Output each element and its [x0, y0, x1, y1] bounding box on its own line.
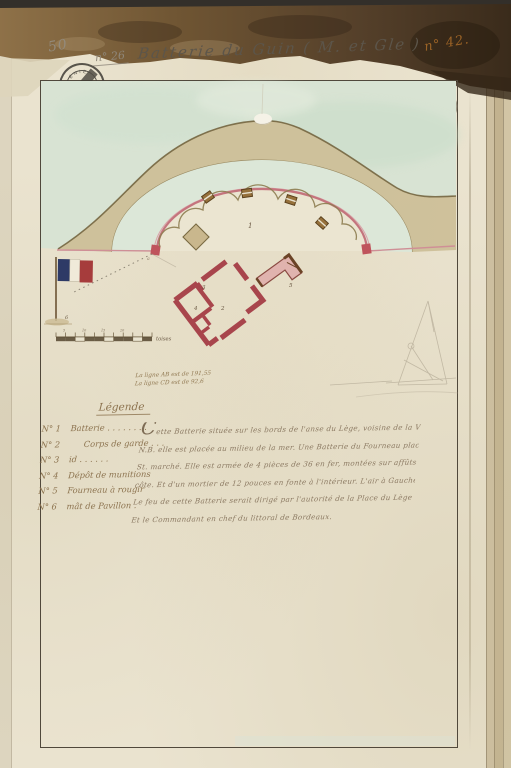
legend-item-number: N° 1	[41, 421, 71, 437]
legend-title: Légende	[96, 401, 151, 416]
legend-item-label: Fourneau à rougir	[67, 482, 144, 499]
oval-stamp-center-text: AVRIL 19	[405, 108, 430, 117]
legend-item-number: N° 2	[40, 437, 70, 453]
oval-stamp-ornament	[408, 99, 424, 105]
description-paragraph: Cette Batterie située sur les bords de l…	[130, 417, 421, 529]
legend-item-label: mât de Pavillon .	[66, 498, 137, 515]
scanned-plan-page: 50 n° 26 Batterie du Guin ( M. et Gle ) …	[0, 0, 511, 768]
page-curl-shadow	[469, 88, 471, 750]
round-stamp: GÉNIE MARITIME	[57, 61, 107, 111]
oval-stamp-ornament	[410, 116, 426, 122]
leather-blotch	[248, 15, 352, 39]
legend-item-number: N° 5	[38, 484, 68, 500]
page-left-edge	[0, 0, 12, 768]
legend-item-number: N° 6	[37, 499, 67, 515]
pencil-mark: 50	[47, 36, 69, 55]
measurement-note: La ligne AB est de 191,55 La ligne CD es…	[134, 371, 211, 389]
leather-blotch	[98, 21, 182, 43]
page-stack-edge-3	[503, 0, 511, 768]
oval-stamp: DIRECTION DE LA 5E RÉGION AVRIL 19 MARIT…	[374, 84, 460, 136]
legend-item-label: id . . . . . .	[69, 452, 109, 468]
legend-item-number: N° 4	[39, 468, 69, 484]
legend-item-label: Batterie . . . . . . . .	[70, 420, 147, 437]
legend-item-number: N° 3	[40, 452, 70, 468]
